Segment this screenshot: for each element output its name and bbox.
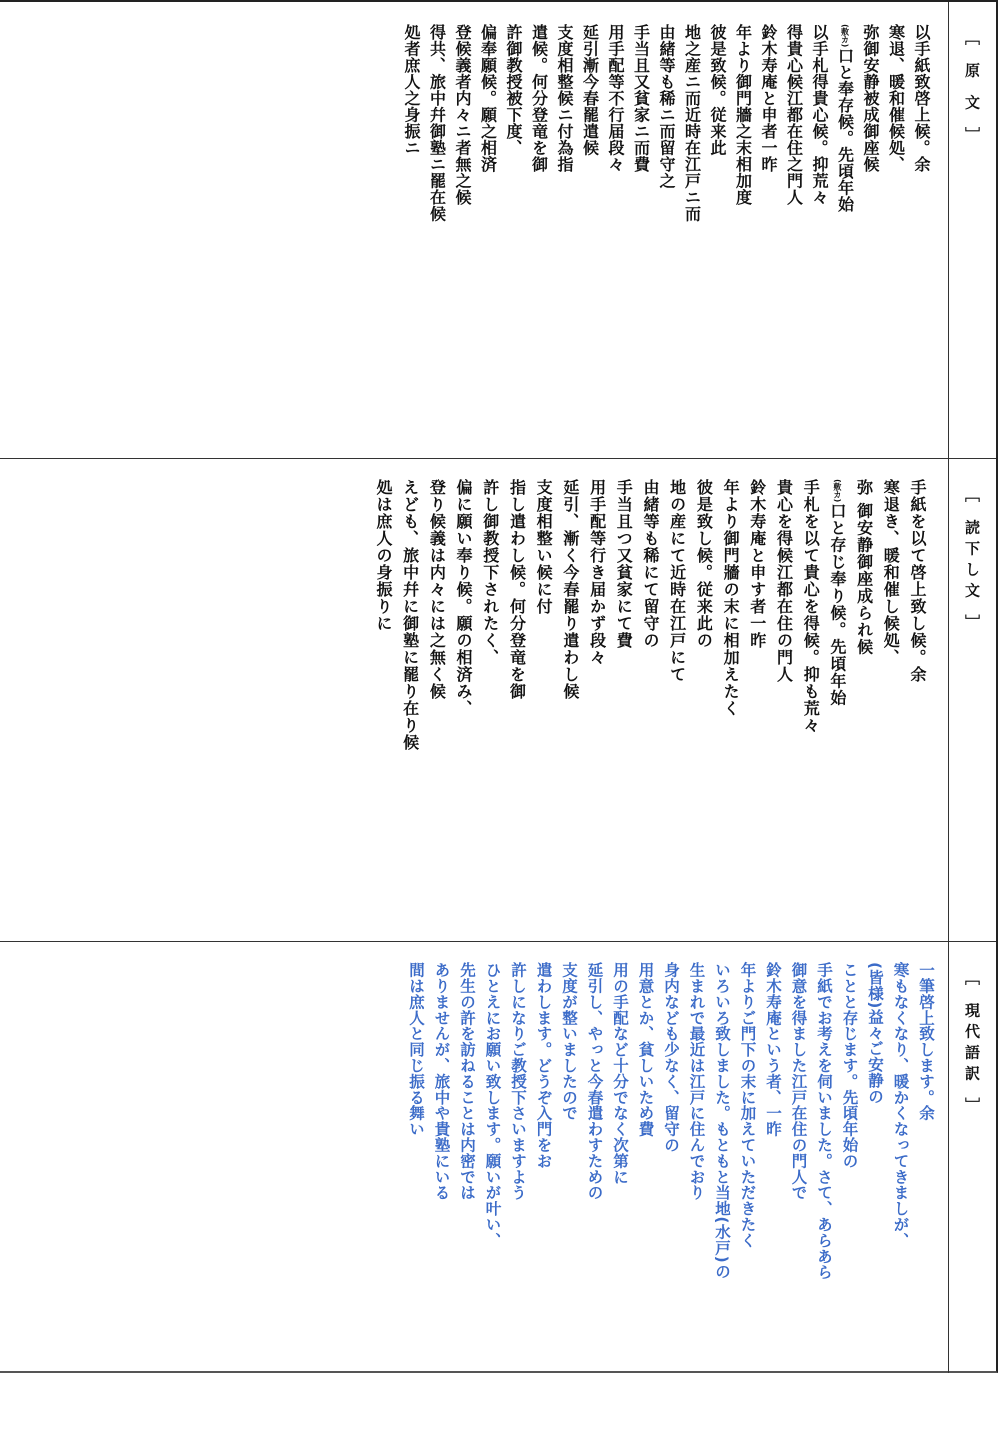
text-line: 用手配等不行届段々	[603, 24, 629, 222]
text-line: 貴心を得候江都在住の門人	[770, 479, 797, 751]
text-line: えども、旅中幷に御塾に罷り在り候	[396, 479, 423, 751]
label-cell-gendaigoyaku: ［ 現代語訳 ］	[948, 942, 996, 1373]
text-line: 弥 御安静御座成られ候	[850, 479, 877, 751]
text-line: ことと存じます。先頃年始の	[836, 962, 862, 1280]
body-cell-genbun: 以手紙致啓上候。余 寒退、暖和催候処、 弥御安静被成御座候 (敷カ)口と奉存候。…	[0, 2, 948, 458]
editorial-note: (敷カ)	[833, 479, 842, 502]
text-line: 延引、漸く今春罷り遣わし候	[556, 479, 583, 751]
text-line: 登候義者内々ニ者無之候	[450, 24, 476, 222]
text-line: 支度が整いましたので	[556, 962, 582, 1280]
text-line: 地の産にて近時在江戸にて	[663, 479, 690, 751]
text-line: 鈴木寿庵という者、一昨	[760, 962, 786, 1280]
label-cell-yomikudashi: ［ 読下し文 ］	[948, 459, 996, 941]
text-line: 用手配等行き届かず段々	[583, 479, 610, 751]
text-line: 間は庶人と同じ振る舞い	[403, 962, 429, 1280]
text-line: 登り候義は内々には之無く候	[423, 479, 450, 751]
text-line: 偏奉願候。願之相済	[475, 24, 501, 222]
text-line: 許御教授被下度、	[501, 24, 527, 222]
text-line: 手札を以て貴心を得候。抑も荒々	[796, 479, 823, 751]
text-line: 寒もなくなり、暖かくなってきましが、	[887, 962, 913, 1280]
text-line: 許し御教授下されたく、	[476, 479, 503, 751]
text-line: 生まれで最近は江戸に住んでおり	[683, 962, 709, 1280]
text-line: 寒退、暖和催候処、	[883, 24, 909, 222]
text-line: 偏に願い奉り候。願の相済み、	[449, 479, 476, 751]
text-line: 鈴木寿庵と申者一昨	[756, 24, 782, 222]
text-line: 年よりご門下の末に加えていただきたく	[734, 962, 760, 1280]
text-line: 年より御門牆の末に相加えたく	[716, 479, 743, 751]
text-line: 延引漸今春罷遣候	[577, 24, 603, 222]
text-line: ありませんが、旅中や貴塾にいる	[428, 962, 454, 1280]
text-line: 以手紙致啓上候。余	[909, 24, 935, 222]
text-line: 得貴心候江都在住之門人	[781, 24, 807, 222]
text-line: (皆様)益々ご安静の	[862, 962, 888, 1280]
text-line: 地之産ニ而近時在江戸ニ而	[679, 24, 705, 222]
text-line: 用の手配など十分でなく次第に	[607, 962, 633, 1280]
label-cell-genbun: ［ 原 文 ］	[948, 2, 996, 458]
section-yomikudashi: ［ 読下し文 ］ 手紙を以て啓上致し候。余 寒退き、暖和催し候処、 弥 御安静御…	[0, 459, 996, 942]
text-line: 御意を得ました江戸在住の門人で	[785, 962, 811, 1280]
text-line: 先生の許を訪ねることは内密では	[454, 962, 480, 1280]
text-line: 延引し、やっと今春遣わすための	[581, 962, 607, 1280]
text-line: 手当且つ又貧家にて費	[610, 479, 637, 751]
text-line: 年より御門牆之末相加度	[730, 24, 756, 222]
text-line: いろいろ致しました。もともと当地(水戸)の	[709, 962, 735, 1280]
text-line: 手当且又貧家ニ而費	[628, 24, 654, 222]
body-cell-gendaigoyaku: 一筆啓上致します。余 寒もなくなり、暖かくなってきましが、 (皆様)益々ご安静の…	[0, 942, 948, 1373]
text-line: 由緒等も稀ニ而留守之	[654, 24, 680, 222]
text-line: 処者庶人之身振ニ	[399, 24, 425, 222]
text-line: 寒退き、暖和催し候処、	[877, 479, 904, 751]
letter-table: ［ 原 文 ］ 以手紙致啓上候。余 寒退、暖和催候処、 弥御安静被成御座候 (敷…	[0, 0, 998, 1373]
text-line: 遣わします。どうぞ入門をお	[530, 962, 556, 1280]
text-line: 処は庶人の身振りに	[369, 479, 396, 751]
text-line: (敷カ)口と存じ奉り候。先頃年始	[823, 479, 850, 751]
section-label-gendaigoyaku: ［ 現代語訳 ］	[960, 970, 984, 1118]
text-line: 彼是致候。従来此	[705, 24, 731, 222]
text-line: 身内なども少なく、留守の	[658, 962, 684, 1280]
section-genbun: ［ 原 文 ］ 以手紙致啓上候。余 寒退、暖和催候処、 弥御安静被成御座候 (敷…	[0, 2, 996, 459]
text-line: 支度相整候ニ付為指	[552, 24, 578, 222]
gendaigoyaku-text: 一筆啓上致します。余 寒もなくなり、暖かくなってきましが、 (皆様)益々ご安静の…	[403, 962, 939, 1280]
text-line: ひとえにお願い致します。願いが叶い、	[479, 962, 505, 1280]
body-cell-yomikudashi: 手紙を以て啓上致し候。余 寒退き、暖和催し候処、 弥 御安静御座成られ候 (敷カ…	[0, 459, 948, 941]
text-line: 許しになりご教授下さいますよう	[505, 962, 531, 1280]
text-line: 遣候。何分登竜を御	[526, 24, 552, 222]
section-label-yomikudashi: ［ 読下し文 ］	[960, 487, 984, 635]
text-line: 一筆啓上致します。余	[913, 962, 939, 1280]
section-label-genbun: ［ 原 文 ］	[960, 30, 984, 148]
text-line: 支度相整い候に付	[529, 479, 556, 751]
text-line: 手紙でお考えを伺いました。さて、あらあら	[811, 962, 837, 1280]
text-line: 弥御安静被成御座候	[858, 24, 884, 222]
text-line: 以手札得貴心候。抑荒々	[807, 24, 833, 222]
text-line: 指し遣わし候。何分登竜を御	[503, 479, 530, 751]
text-line: 鈴木寿庵と申す者一昨	[743, 479, 770, 751]
text-line: 得共、旅中幷御塾ニ罷在候	[424, 24, 450, 222]
text-line: 手紙を以て啓上致し候。余	[903, 479, 930, 751]
text-line: 由緒等も稀にて留守の	[636, 479, 663, 751]
genbun-text: 以手紙致啓上候。余 寒退、暖和催候処、 弥御安静被成御座候 (敷カ)口と奉存候。…	[399, 24, 935, 222]
section-gendaigoyaku: ［ 現代語訳 ］ 一筆啓上致します。余 寒もなくなり、暖かくなってきましが、 (…	[0, 942, 996, 1373]
text-line: (敷カ)口と奉存候。先頃年始	[832, 24, 858, 222]
editorial-note: (敷カ)	[841, 24, 850, 47]
text-line: 彼是致し候。従来此の	[690, 479, 717, 751]
yomikudashi-text: 手紙を以て啓上致し候。余 寒退き、暖和催し候処、 弥 御安静御座成られ候 (敷カ…	[369, 479, 930, 751]
text-line: 用意とか、貧しいため費	[632, 962, 658, 1280]
